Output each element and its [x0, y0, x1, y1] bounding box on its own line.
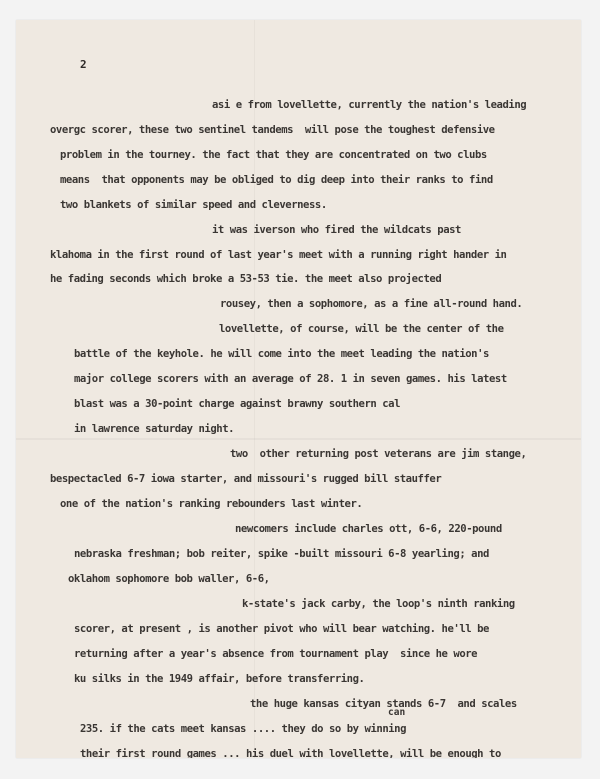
text-line: klahoma in the first round of last year'… — [50, 249, 506, 261]
text-line: asi e from lovellette, currently the nat… — [212, 99, 526, 111]
text-line: blast was a 30-point charge against braw… — [74, 398, 400, 410]
text-line: problem in the tourney. the fact that th… — [60, 149, 487, 161]
text-line: rousey, then a sophomore, as a fine all-… — [220, 298, 522, 310]
text-line: lovellette, of course, will be the cente… — [219, 323, 504, 335]
text-line: two other returning post veterans are ji… — [230, 448, 526, 460]
text-line: the huge kansas cityan stands 6-7 and sc… — [250, 698, 517, 710]
page-number: 2 — [80, 58, 87, 71]
paper-fold — [16, 438, 581, 440]
text-line: their first round games ... his duel wit… — [80, 748, 501, 758]
text-line: overgc scorer, these two sentinel tandem… — [50, 124, 495, 136]
text-line: nebraska freshman; bob reiter, spike -bu… — [74, 548, 489, 560]
text-line: one of the nation's ranking rebounders l… — [60, 498, 362, 510]
text-line: major college scorers with an average of… — [74, 373, 507, 385]
handtyped-insertion: can — [388, 707, 405, 718]
text-line: newcomers include charles ott, 6-6, 220-… — [235, 523, 502, 535]
text-line: he fading seconds which broke a 53-53 ti… — [50, 273, 441, 285]
text-line: oklahom sophomore bob waller, 6-6, — [68, 573, 270, 585]
text-line: returning after a year's absence from to… — [74, 648, 477, 660]
text-line: in lawrence saturday night. — [74, 423, 234, 435]
text-line: it was iverson who fired the wildcats pa… — [212, 224, 461, 236]
text-line: battle of the keyhole. he will come into… — [74, 348, 489, 360]
text-line: means that opponents may be obliged to d… — [60, 174, 493, 186]
text-line: two blankets of similar speed and clever… — [60, 199, 327, 211]
text-line: 235. if the cats meet kansas .... they d… — [80, 723, 406, 735]
text-line: scorer, at present , is another pivot wh… — [74, 623, 489, 635]
text-line: ku silks in the 1949 affair, before tran… — [74, 673, 364, 685]
text-line: bespectacled 6-7 iowa starter, and misso… — [50, 473, 441, 485]
text-line: k-state's jack carby, the loop's ninth r… — [242, 598, 515, 610]
typewritten-page: 2 asi e from lovellette, currently the n… — [16, 20, 581, 758]
